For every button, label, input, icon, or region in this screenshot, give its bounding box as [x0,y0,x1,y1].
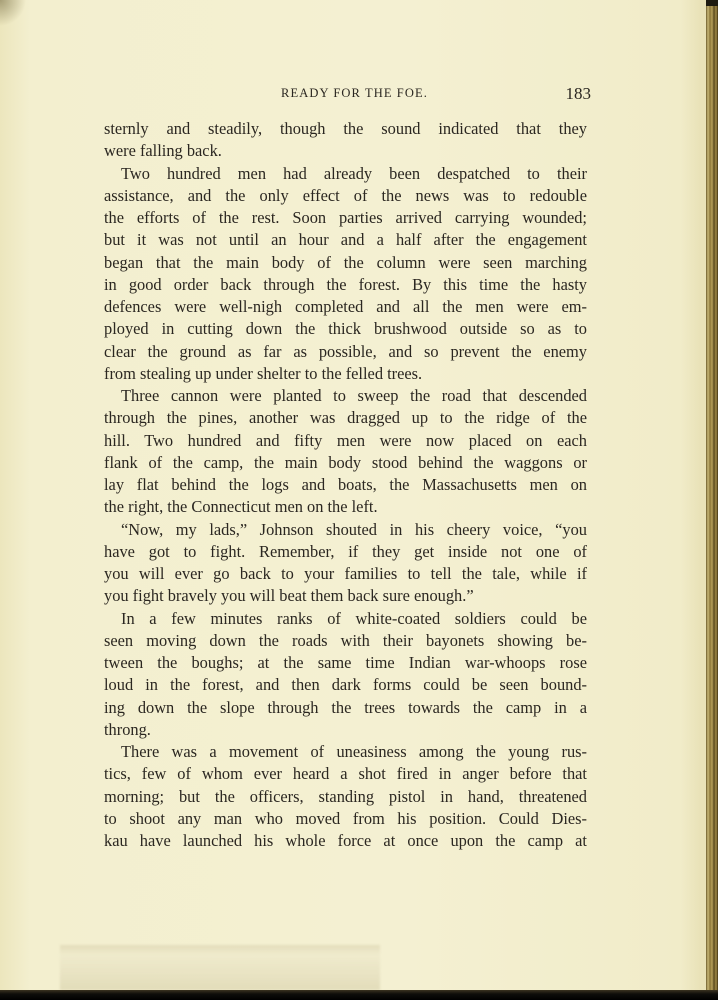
text-line: in good order back through the forest. B… [104,274,587,296]
text-line: tics, few of whom ever heard a shot fire… [104,763,587,785]
book-bottom-edge [0,990,718,1000]
text-line: through the pines, another was dragged u… [104,407,587,429]
text-line: seen moving down the roads with their ba… [104,630,587,652]
text-line: to shoot any man who moved from his posi… [104,808,587,830]
text-line: were falling back. [104,140,587,162]
text-line: tween the boughs; at the same time India… [104,652,587,674]
text-line: defences were well-nigh completed and al… [104,296,587,318]
text-line: morning; but the officers, standing pist… [104,786,587,808]
text-line: began that the main body of the column w… [104,252,587,274]
text-line: the right, the Connecticut men on the le… [104,496,587,518]
text-line: throng. [104,719,587,741]
text-line: the efforts of the rest. Soon parties ar… [104,207,587,229]
text-line: you will ever go back to your families t… [104,563,587,585]
text-line: from stealing up under shelter to the fe… [104,363,587,385]
book-fore-edge [706,0,718,1000]
paragraph-start-line: There was a movement of uneasiness among… [104,741,587,763]
text-line: assistance, and the only effect of the n… [104,185,587,207]
text-line: kau have launched his whole force at onc… [104,830,587,852]
text-line: clear the ground as far as possible, and… [104,341,587,363]
paragraph-start-line: Two hundred men had already been despatc… [104,163,587,185]
running-title: READY FOR THE FOE. [104,86,587,101]
paragraph-start-line: In a few minutes ranks of white-coated s… [104,608,587,630]
text-line: ing down the slope through the trees tow… [104,697,587,719]
text-line: lay flat behind the logs and boats, the … [104,474,587,496]
book-fore-edge-top [706,0,718,6]
text-line: flank of the camp, the main body stood b… [104,452,587,474]
text-line: have got to fight. Remember, if they get… [104,541,587,563]
text-line: you fight bravely you will beat them bac… [104,585,587,607]
text-line: hill. Two hundred and fifty men were now… [104,430,587,452]
paragraph-start-line: “Now, my lads,” Johnson shouted in his c… [104,519,587,541]
text-line: ployed in cutting down the thick brushwo… [104,318,587,340]
page-stack-shadow [60,945,380,990]
page-header: READY FOR THE FOE. 183 [104,84,587,104]
text-line: sternly and steadily, though the sound i… [104,118,587,140]
page-number: 183 [566,84,592,104]
book-page: READY FOR THE FOE. 183 sternly and stead… [0,0,718,1000]
text-line: but it was not until an hour and a half … [104,229,587,251]
page-corner-shadow [0,0,30,40]
text-line: loud in the forest, and then dark forms … [104,674,587,696]
paragraph-start-line: Three cannon were planted to sweep the r… [104,385,587,407]
body-text: sternly and steadily, though the sound i… [104,118,587,852]
